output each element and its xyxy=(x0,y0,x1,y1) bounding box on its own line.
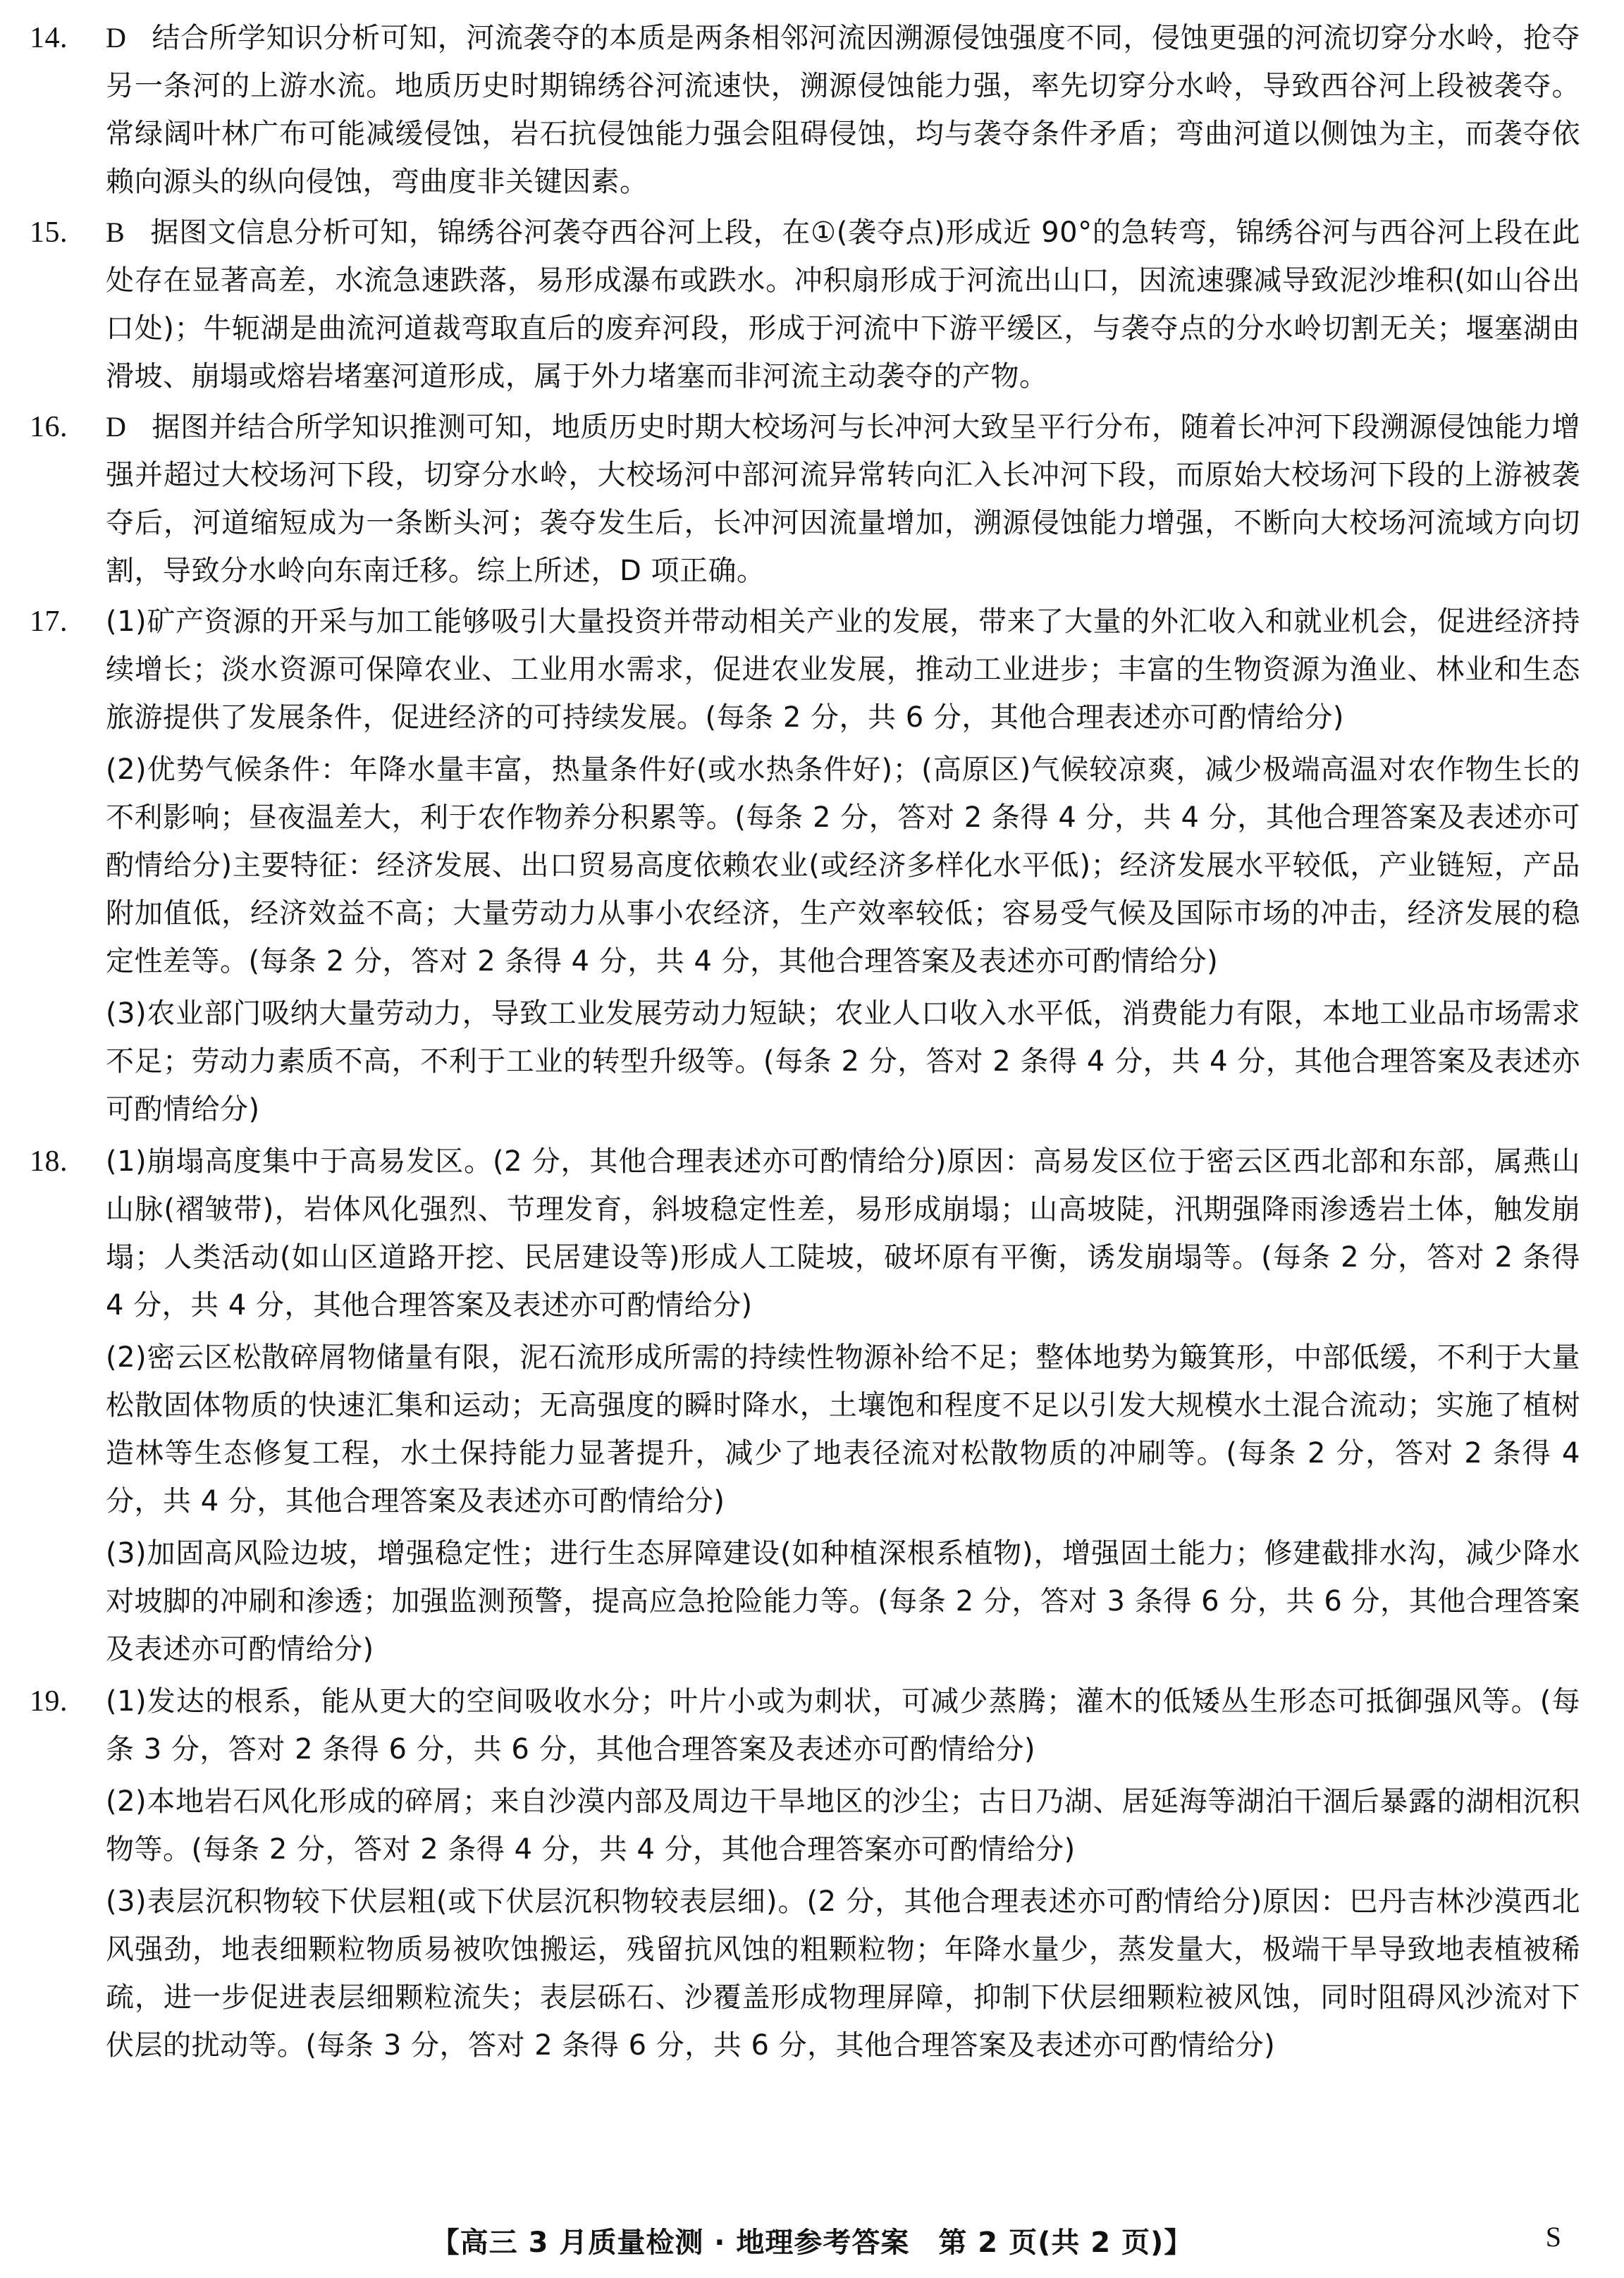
answer-letter: D xyxy=(106,411,126,443)
footer-title: 【高三 3 月质量检测 · 地理参考答案 第 2 页(共 2 页)】 xyxy=(431,2227,1193,2259)
sub-answer-2: (2)本地岩石风化形成的碎屑；来自沙漠内部及周边干旱地区的沙尘；古日乃湖、居延海… xyxy=(106,1778,1580,1873)
question-number: 15. xyxy=(30,209,68,257)
question-number: 18. xyxy=(30,1138,68,1186)
page-footer: 【高三 3 月质量检测 · 地理参考答案 第 2 页(共 2 页)】 S xyxy=(0,2220,1624,2260)
question-19: 19. (1)发达的根系，能从更大的空间吸收水分；叶片小或为刺状，可减少蒸腾；灌… xyxy=(30,1677,1580,2069)
question-17: 17. (1)矿产资源的开采与加工能够吸引大量投资并带动相关产业的发展，带来了大… xyxy=(30,598,1580,1133)
sub-answer-2: (2)密云区松散碎屑物储量有限，泥石流形成所需的持续性物源补给不足；整体地势为簸… xyxy=(106,1334,1580,1525)
question-number: 19. xyxy=(30,1677,68,1725)
sub-answer-3: (3)加固高风险边坡，增强稳定性；进行生态屏障建设(如种植深根系植物)，增强固土… xyxy=(106,1529,1580,1673)
sub-answer-3: (3)表层沉积物较下伏层粗(或下伏层沉积物较表层细)。(2 分，其他合理表述亦可… xyxy=(106,1878,1580,2069)
question-number: 17. xyxy=(30,598,68,646)
sub-answer-1: (1)矿产资源的开采与加工能够吸引大量投资并带动相关产业的发展，带来了大量的外汇… xyxy=(106,598,1580,741)
question-number: 14. xyxy=(30,14,68,62)
question-number: 16. xyxy=(30,403,68,451)
question-14: 14. D结合所学知识分析可知，河流袭夺的本质是两条相邻河流因溯源侵蚀强度不同，… xyxy=(30,14,1580,206)
sub-answer-2: (2)优势气候条件：年降水量丰富，热量条件好(或水热条件好)；(高原区)气候较凉… xyxy=(106,746,1580,985)
sub-answer-3: (3)农业部门吸纳大量劳动力，导致工业发展劳动力短缺；农业人口收入水平低，消费能… xyxy=(106,990,1580,1133)
sub-answer-1: (1)发达的根系，能从更大的空间吸收水分；叶片小或为刺状，可减少蒸腾；灌木的低矮… xyxy=(106,1677,1580,1773)
explanation-text: 据图并结合所学知识推测可知，地质历史时期大校场河与长冲河大致呈平行分布，随着长冲… xyxy=(106,411,1580,587)
question-16: 16. D据图并结合所学知识推测可知，地质历史时期大校场河与长冲河大致呈平行分布… xyxy=(30,403,1580,595)
version-tag: S xyxy=(1546,2220,1562,2253)
sub-answer-1: (1)崩塌高度集中于高易发区。(2 分，其他合理表述亦可酌情给分)原因：高易发区… xyxy=(106,1138,1580,1329)
answer-letter: B xyxy=(106,216,125,248)
answer-letter: D xyxy=(106,22,126,54)
explanation-text: 结合所学知识分析可知，河流袭夺的本质是两条相邻河流因溯源侵蚀强度不同，侵蚀更强的… xyxy=(106,22,1580,198)
explanation-text: 据图文信息分析可知，锦绣谷河袭夺西谷河上段，在①(袭夺点)形成近 90°的急转弯… xyxy=(106,216,1580,393)
question-15: 15. B据图文信息分析可知，锦绣谷河袭夺西谷河上段，在①(袭夺点)形成近 90… xyxy=(30,209,1580,400)
answer-page: 14. D结合所学知识分析可知，河流袭夺的本质是两条相邻河流因溯源侵蚀强度不同，… xyxy=(0,0,1624,2278)
question-18: 18. (1)崩塌高度集中于高易发区。(2 分，其他合理表述亦可酌情给分)原因：… xyxy=(30,1138,1580,1673)
